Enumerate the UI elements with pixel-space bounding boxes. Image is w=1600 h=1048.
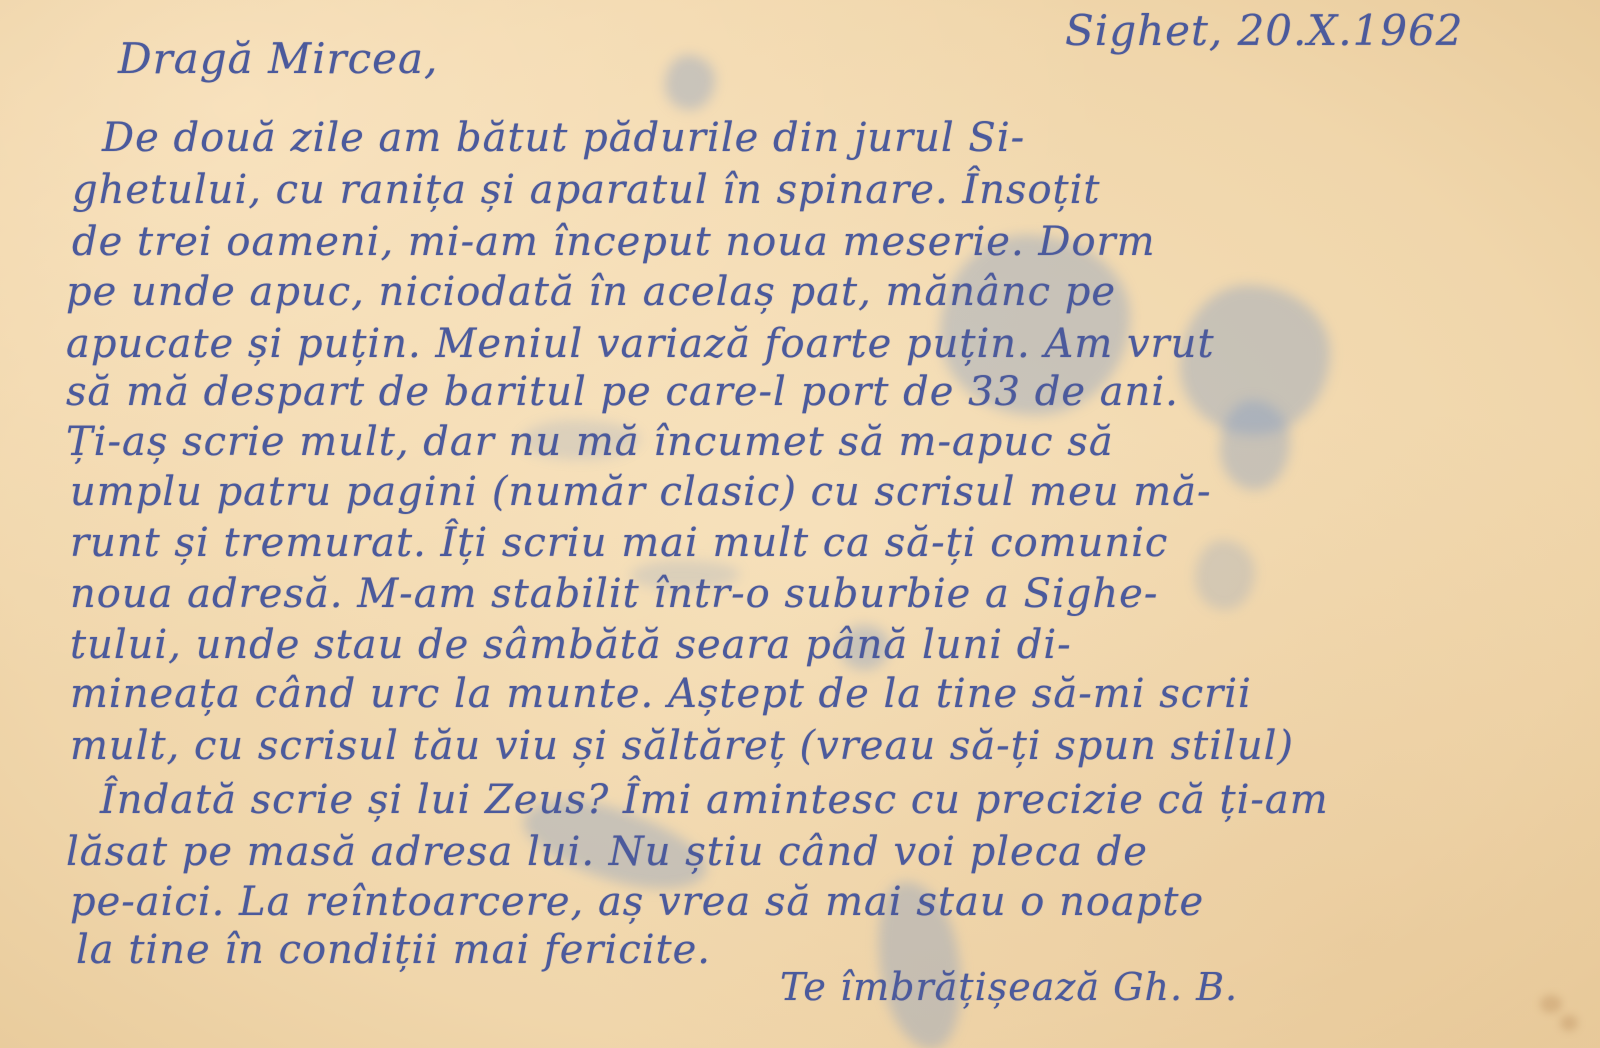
ink-stain (1195, 540, 1255, 610)
body-line: runt și tremurat. Îți scriu mai mult ca … (70, 523, 1168, 563)
body-line: apucate și puțin. Meniul variază foarte … (66, 324, 1215, 364)
body-line: la tine în condiții mai fericite. (76, 930, 711, 970)
foxing-spot (1540, 995, 1562, 1013)
body-line: Ți-aș scrie mult, dar nu mă încumet să m… (66, 422, 1114, 462)
body-line: mult, cu scrisul tău viu și săltăreț (vr… (70, 726, 1294, 766)
body-line: pe unde apuc, niciodată în acelaș pat, m… (66, 272, 1116, 312)
body-line: noua adresă. M-am stabilit într-o suburb… (70, 574, 1158, 614)
greeting: Dragă Mircea, (118, 38, 438, 80)
foxing-spot (1560, 1015, 1578, 1031)
body-line: lăsat pe masă adresa lui. Nu știu când v… (66, 832, 1148, 872)
body-line: de trei oameni, mi-am început noua meser… (72, 222, 1156, 262)
body-line: Îndată scrie și lui Zeus? Îmi amintesc c… (100, 780, 1329, 820)
postcard: Sighet, 20.X.1962 Dragă Mircea, De două … (0, 0, 1600, 1048)
ink-stain (1220, 400, 1290, 490)
body-line: tului, unde stau de sâmbătă seara până l… (70, 625, 1072, 665)
body-line: De două zile am bătut pădurile din jurul… (102, 118, 1025, 158)
closing-signature: Te îmbrățișează Gh. B. (780, 968, 1238, 1006)
body-line: să mă despart de baritul pe care-l port … (66, 372, 1179, 412)
body-line: mineața când urc la munte. Aștept de la … (70, 674, 1252, 714)
body-line: pe-aici. La reîntoarcere, aș vrea să mai… (70, 882, 1204, 922)
ink-stain (665, 55, 715, 110)
body-line: ghetului, cu ranița și aparatul în spina… (72, 170, 1100, 210)
body-line: umplu patru pagini (număr clasic) cu scr… (70, 472, 1212, 512)
date-line: Sighet, 20.X.1962 (1065, 10, 1464, 52)
